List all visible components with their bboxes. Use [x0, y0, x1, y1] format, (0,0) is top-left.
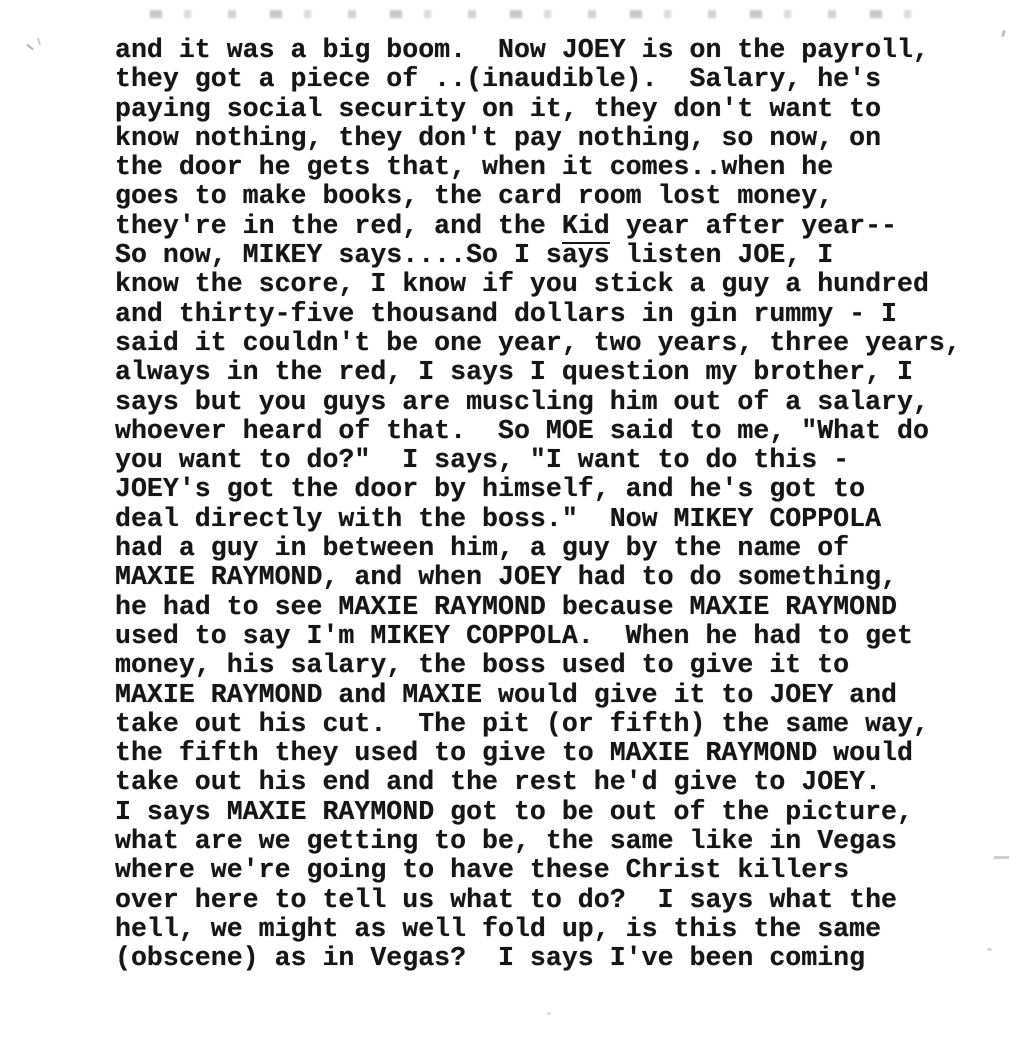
photocopy-smudge — [150, 10, 920, 18]
transcript-line: says but you guys are muscling him out o… — [115, 388, 961, 417]
transcript-line: the door he gets that, when it comes..wh… — [115, 153, 961, 182]
transcript-line: So now, MIKEY says....So I says listen J… — [115, 241, 961, 270]
transcript-line: MAXIE RAYMOND and MAXIE would give it to… — [115, 681, 961, 710]
transcript-line: money, his salary, the boss used to give… — [115, 651, 961, 680]
transcript-line: (obscene) as in Vegas? I says I've been … — [115, 944, 961, 973]
transcript-line: goes to make books, the card room lost m… — [115, 182, 961, 211]
stray-mark — [26, 44, 33, 51]
transcript-line: take out his end and the rest he'd give … — [115, 768, 961, 797]
transcript-line: know the score, I know if you stick a gu… — [115, 270, 961, 299]
transcript-line: they're in the red, and the Kid year aft… — [115, 212, 961, 241]
transcript-line: hell, we might as well fold up, is this … — [115, 915, 961, 944]
stray-mark — [547, 1012, 551, 1015]
transcript-line: know nothing, they don't pay nothing, so… — [115, 124, 961, 153]
transcript-line: the fifth they used to give to MAXIE RAY… — [115, 739, 961, 768]
transcript-line: and thirty-five thousand dollars in gin … — [115, 300, 961, 329]
transcript-line: they got a piece of ..(inaudible). Salar… — [115, 65, 961, 94]
transcript-line: I says MAXIE RAYMOND got to be out of th… — [115, 798, 961, 827]
transcript-line: what are we getting to be, the same like… — [115, 827, 961, 856]
stray-mark — [987, 948, 992, 951]
transcript-line: and it was a big boom. Now JOEY is on th… — [115, 36, 961, 65]
transcript-line: he had to see MAXIE RAYMOND because MAXI… — [115, 593, 961, 622]
transcript-line: whoever heard of that. So MOE said to me… — [115, 417, 961, 446]
transcript-line: JOEY's got the door by himself, and he's… — [115, 475, 961, 504]
transcript-line: used to say I'm MIKEY COPPOLA. When he h… — [115, 622, 961, 651]
transcript-line: deal directly with the boss." Now MIKEY … — [115, 505, 961, 534]
transcript-line: over here to tell us what to do? I says … — [115, 886, 961, 915]
transcript-line: take out his cut. The pit (or fifth) the… — [115, 710, 961, 739]
document-page: and it was a big boom. Now JOEY is on th… — [0, 0, 1026, 1039]
transcript-line: you want to do?" I says, "I want to do t… — [115, 446, 961, 475]
transcript-line: said it couldn't be one year, two years,… — [115, 329, 961, 358]
stray-mark — [37, 38, 41, 45]
transcript-text-block: and it was a big boom. Now JOEY is on th… — [115, 36, 961, 974]
transcript-line: MAXIE RAYMOND, and when JOEY had to do s… — [115, 563, 961, 592]
transcript-line: always in the red, I says I question my … — [115, 358, 961, 387]
stray-mark — [994, 856, 1009, 859]
transcript-line: had a guy in between him, a guy by the n… — [115, 534, 961, 563]
stray-mark — [1001, 30, 1006, 38]
underlined-word: Kid — [562, 211, 610, 244]
transcript-line: paying social security on it, they don't… — [115, 95, 961, 124]
transcript-line: where we're going to have these Christ k… — [115, 856, 961, 885]
